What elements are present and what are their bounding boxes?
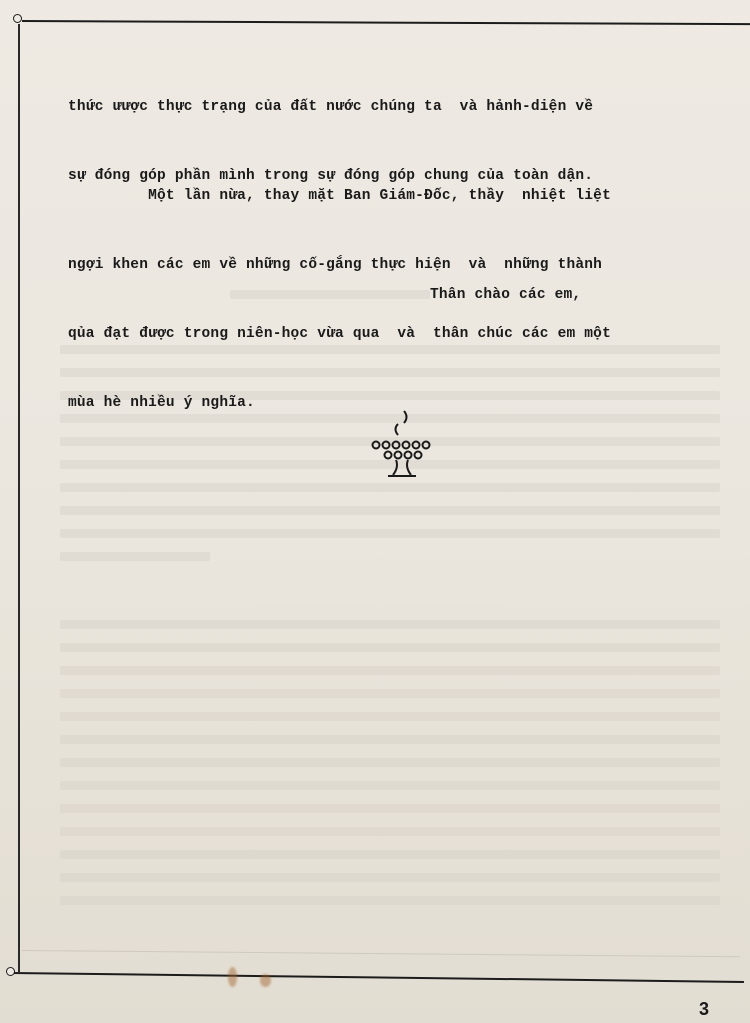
- frame-left-line: [18, 24, 20, 972]
- bleed-through-text: [60, 804, 720, 813]
- bleed-through-text: [60, 620, 720, 629]
- frame-corner-ring-icon: [13, 14, 22, 23]
- bleed-through-text: [60, 896, 720, 905]
- page-number: 3: [699, 999, 709, 1020]
- bleed-through-text: [60, 712, 720, 721]
- frame-top-line: [22, 20, 750, 25]
- frame-bottom-line: [12, 972, 744, 983]
- bleed-through-text: [60, 735, 720, 744]
- frame-corner-ring-icon: [6, 967, 15, 976]
- bleed-through-text: [60, 506, 720, 515]
- bleed-through-text: [60, 850, 720, 859]
- stain: [260, 974, 271, 987]
- faint-rule: [22, 950, 740, 957]
- bleed-through-text: [60, 827, 720, 836]
- bleed-through-text: [60, 529, 720, 538]
- bleed-through-text: [60, 873, 720, 882]
- text-line: mùa hè nhiều ý nghĩa.: [68, 392, 611, 415]
- bleed-through-text: [60, 758, 720, 767]
- bleed-through-text: [60, 643, 720, 652]
- scanned-page: thức ưược thực trạng của đất nước chúng …: [0, 0, 750, 1023]
- stain: [228, 967, 237, 987]
- closing-salutation: Thân chào các em,: [430, 284, 581, 307]
- bleed-through-text: [60, 666, 720, 675]
- incense-burner-icon: [368, 405, 438, 485]
- text-line: thức ưược thực trạng của đất nước chúng …: [68, 96, 593, 119]
- text-line: ngợi khen các em về những cố-gắng thực h…: [68, 254, 611, 277]
- bleed-through-text: [60, 689, 720, 698]
- bleed-through-text: [60, 781, 720, 790]
- bleed-through-text: [60, 552, 210, 561]
- text-line: qủa đạt được trong niên-học vừa qua và t…: [68, 323, 611, 346]
- text-line: Một lần nừa, thay mặt Ban Giám-Đốc, thầy…: [68, 185, 611, 208]
